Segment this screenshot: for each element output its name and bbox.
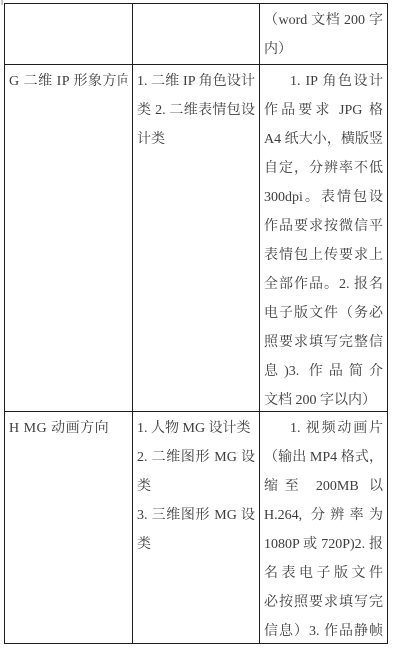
page-edge-mark xyxy=(1,0,3,5)
competition-categories-table: （word 文档 200 字以 内） G 二维 IP 形象方向 1. 二维 IP… xyxy=(4,3,388,644)
text-line: （word 文档 200 字以 xyxy=(264,6,383,35)
text-line: 名表电子版文件（务 xyxy=(264,559,383,588)
text-line: （输出 MP4 格式，压 xyxy=(264,443,383,472)
text-line: A4 纸大小，横版竖版 xyxy=(264,125,383,154)
text-line: 1080P 或 720P)2. 报 xyxy=(264,530,383,559)
text-line: 2. 二维图形 MG 设计 xyxy=(137,443,255,472)
requirements-cell: 1. 视频动画片 （输出 MP4 格式，压 缩至 200MB 以下， H.264… xyxy=(260,412,387,643)
text-line: 作品要求 JPG 格式， xyxy=(264,96,383,125)
text-line: 计类 xyxy=(137,125,255,154)
category-cell: H MG 动画方向 xyxy=(5,412,133,643)
table-row-continuation: （word 文档 200 字以 内） xyxy=(5,4,387,65)
text-line: 类 xyxy=(137,472,255,501)
table-row-h: H MG 动画方向 1. 人物 MG 设计类 2. 二维图形 MG 设计 类 3… xyxy=(5,412,387,644)
text-line: 全部作品。2. 报名表 xyxy=(264,270,383,299)
text-line: 电子版文件（务必按 xyxy=(264,299,383,328)
document-page: （word 文档 200 字以 内） G 二维 IP 形象方向 1. 二维 IP… xyxy=(0,0,395,648)
subcategory-cell: 1. 二维 IP 角色设计 类 2. 二维表情包设 计类 xyxy=(133,65,260,411)
text-line: 1. 视频动画片 xyxy=(264,414,383,443)
text-line: 类 xyxy=(137,530,255,559)
text-line: 表情包上传要求上交 xyxy=(264,241,383,270)
text-line: H.264, 分辨率为 xyxy=(264,501,383,530)
text-line: 1. 人物 MG 设计类 xyxy=(137,414,255,443)
category-cell xyxy=(5,4,133,64)
text-line: 300dpi。表情包设计 xyxy=(264,183,383,212)
text-line: 1. IP 角色设计 xyxy=(264,67,383,96)
category-cell: G 二维 IP 形象方向 xyxy=(5,65,133,411)
category-label: G 二维 IP 形象方向 xyxy=(9,67,128,96)
text-line: 内） xyxy=(264,35,383,64)
text-line: 必按照要求填写完整 xyxy=(264,588,383,617)
text-line: 3. 三维图形 MG 设计 xyxy=(137,501,255,530)
text-line: 照要求填写完整信 xyxy=(264,328,383,357)
subcategory-cell: 1. 人物 MG 设计类 2. 二维图形 MG 设计 类 3. 三维图形 MG … xyxy=(133,412,260,643)
requirements-cell: （word 文档 200 字以 内） xyxy=(260,4,387,64)
text-line: 信息）3. 作品静帧图 xyxy=(264,617,383,643)
table-row-g: G 二维 IP 形象方向 1. 二维 IP 角色设计 类 2. 二维表情包设 计… xyxy=(5,65,387,412)
text-line: 自定，分辨率不低于 xyxy=(264,154,383,183)
text-line: 作品要求按微信平台 xyxy=(264,212,383,241)
text-line: 类 2. 二维表情包设 xyxy=(137,96,255,125)
text-line: 缩至 200MB 以下， xyxy=(264,472,383,501)
text-line: 文档 200 字以内） xyxy=(264,386,383,411)
category-label: H MG 动画方向 xyxy=(9,414,128,443)
subcategory-cell xyxy=(133,4,260,64)
text-line: 1. 二维 IP 角色设计 xyxy=(137,67,255,96)
requirements-cell: 1. IP 角色设计 作品要求 JPG 格式， A4 纸大小，横版竖版 自定，分… xyxy=(260,65,387,411)
text-line: 息)3. 作品简介(word xyxy=(264,357,383,386)
